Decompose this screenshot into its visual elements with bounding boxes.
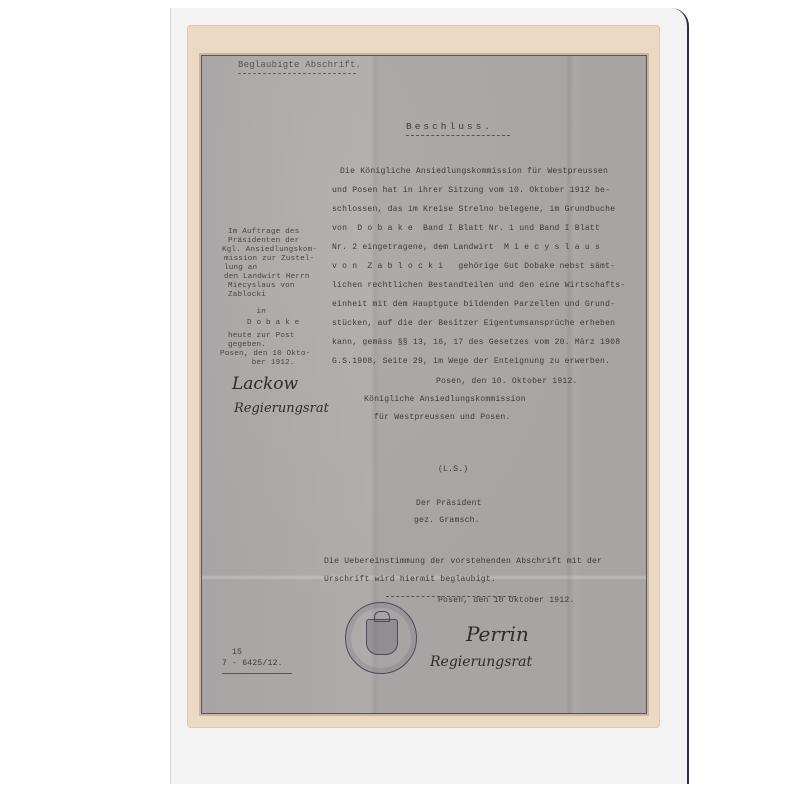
document-title: Beschluss. (406, 122, 493, 132)
reference-number-top: 15 (232, 649, 242, 657)
reference-number: 7 - 6425/12. (222, 660, 283, 668)
side-note-line: lung an (224, 264, 257, 273)
place-date: Posen, den 10. Oktober 1912. (436, 378, 578, 386)
side-signature: Lackow (232, 374, 298, 394)
body-line: und Posen hat in ihrer Sitzung vom 10. O… (332, 187, 610, 195)
body-line: kann, gemäss §§ 13, 16, 17 des Gesetzes … (332, 339, 620, 347)
side-note-line: heute zur Post (228, 332, 295, 341)
side-note-line: Kgl. Ansiedlungskom- (222, 246, 317, 255)
side-note-line: mission zur Zustel- (224, 255, 314, 264)
certification-line: Urschrift wird hiermit beglaubigt. (324, 576, 496, 584)
body-line: v o n Z a b l o c k i gehörige Gut Dobak… (332, 263, 615, 271)
body-line: von D o b a k e Band I Blatt Nr. 1 und B… (332, 225, 600, 233)
header-underline (238, 73, 356, 74)
final-signature: Perrin (466, 622, 529, 646)
body-line: Nr. 2 eingetragene, dem Landwirt M i e c… (332, 244, 600, 252)
side-note-line: Posen, den 10 Okto- (220, 350, 310, 359)
body-line: schlossen, das im Kreise Strelno belegen… (332, 206, 615, 214)
president-title: Der Präsident (416, 500, 482, 508)
reference-underline (222, 673, 292, 674)
body-line: stücken, auf die der Besitzer Eigentumsa… (332, 320, 615, 328)
side-note-line: ber 1912. (228, 359, 295, 368)
side-note-line: D o b a k e (228, 319, 299, 328)
side-note-line: Zablocki (228, 291, 266, 300)
certification-date: Posen, den 10 Oktober 1912. (438, 597, 575, 605)
side-note-line: gegeben. (228, 341, 266, 350)
body-line: G.S.1908, Seite 29, im Wege der Enteignu… (332, 358, 610, 366)
header-note: Beglaubigte Abschrift. (238, 61, 361, 70)
final-signature-title: Regierungsrat (430, 654, 532, 670)
president-name: gez. Gramsch. (414, 517, 480, 525)
side-note-line: Im Auftrage des (228, 228, 299, 237)
certification-line: Die Uebereinstimmung der vorstehenden Ab… (324, 558, 602, 566)
seal-mark: (L.S.) (438, 466, 468, 474)
side-note-line: in (228, 308, 266, 317)
body-line: einheit mit dem Hauptgute bildenden Parz… (332, 301, 615, 309)
official-seal-stamp (345, 602, 417, 674)
side-note-line: Präsidenten der (228, 237, 299, 246)
side-note-line: Miecyslaus von (228, 282, 295, 291)
side-note-line: den Landwirt Herrn (224, 273, 310, 282)
body-line: lichen rechtlichen Bestandteilen und den… (332, 282, 625, 290)
body-line: Die Königliche Ansiedlungskommission für… (340, 168, 608, 176)
authority-line: Königliche Ansiedlungskommission (364, 396, 526, 404)
coat-of-arms-icon (366, 619, 398, 655)
side-signature-title: Regierungsrat (234, 401, 329, 416)
title-underline (406, 135, 510, 136)
authority-line: für Westpreussen und Posen. (374, 414, 511, 422)
document-sheet: Beglaubigte Abschrift. Beschluss. Die Kö… (201, 55, 647, 714)
